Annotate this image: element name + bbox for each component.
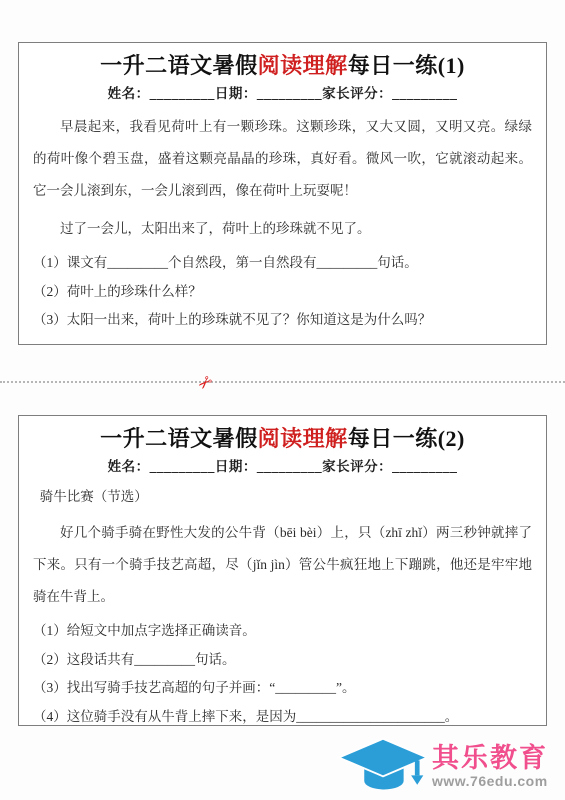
worksheet-1-title: 一升二语文暑假阅读理解每日一练(1) (33, 51, 532, 81)
passage-paragraph-1: 早晨起来，我看见荷叶上有一颗珍珠。这颗珍珠，又大又圆，又明又亮。绿绿的荷叶像个碧… (33, 111, 532, 207)
question-list: （1）课文有_________个自然段，第一自然段有_________句话。 （… (33, 249, 532, 335)
worksheet-1: 一升二语文暑假阅读理解每日一练(1) 姓名：_________日期：______… (18, 42, 547, 345)
brand-text-block: 其乐教育 www.76edu.com (432, 743, 548, 790)
question-1: （1）给短文中加点字选择正确读音。 (33, 617, 532, 646)
scissors-icon: ✂ (192, 370, 216, 394)
worksheet-2-title: 一升二语文暑假阅读理解每日一练(2) (33, 424, 532, 454)
student-info-line: 姓名：_________日期：_________家长评分：_________ (33, 456, 532, 478)
cut-line: ✂ (0, 381, 565, 383)
passage-paragraph-1: 好几个骑手骑在野性大发的公牛背（bēi bèi）上，只（zhī zhǐ）两三秒钟… (33, 517, 532, 613)
graduation-cap-icon (336, 736, 430, 796)
question-2: （2）这段话共有_________句话。 (33, 646, 532, 675)
worksheet-2: 一升二语文暑假阅读理解每日一练(2) 姓名：_________日期：______… (18, 415, 547, 726)
title-suffix: 每日一练(1) (348, 53, 465, 78)
brand-url: www.76edu.com (432, 773, 548, 790)
passage-title: 骑牛比赛（节选） (33, 483, 532, 511)
title-highlight: 阅读理解 (258, 426, 348, 451)
question-1: （1）课文有_________个自然段，第一自然段有_________句话。 (33, 249, 532, 278)
title-highlight: 阅读理解 (258, 53, 348, 78)
question-4: （4）这位骑手没有从牛背上摔下来，是因为____________________… (33, 703, 532, 732)
passage-paragraph-2: 过了一会儿，太阳出来了，荷叶上的珍珠就不见了。 (33, 213, 532, 245)
question-3: （3）太阳一出来，荷叶上的珍珠就不见了？你知道这是为什么吗？ (33, 306, 532, 335)
title-prefix: 一升二语文暑假 (100, 53, 258, 78)
student-info-line: 姓名：_________日期：_________家长评分：_________ (33, 83, 532, 105)
brand-name: 其乐教育 (432, 743, 548, 773)
question-2: （2）荷叶上的珍珠什么样？ (33, 278, 532, 307)
brand-logo: 其乐教育 www.76edu.com (336, 736, 560, 796)
title-prefix: 一升二语文暑假 (100, 426, 258, 451)
title-suffix: 每日一练(2) (348, 426, 465, 451)
question-3: （3）找出写骑手技艺高超的句子并画：“_________”。 (33, 674, 532, 703)
question-list: （1）给短文中加点字选择正确读音。 （2）这段话共有_________句话。 （… (33, 617, 532, 731)
